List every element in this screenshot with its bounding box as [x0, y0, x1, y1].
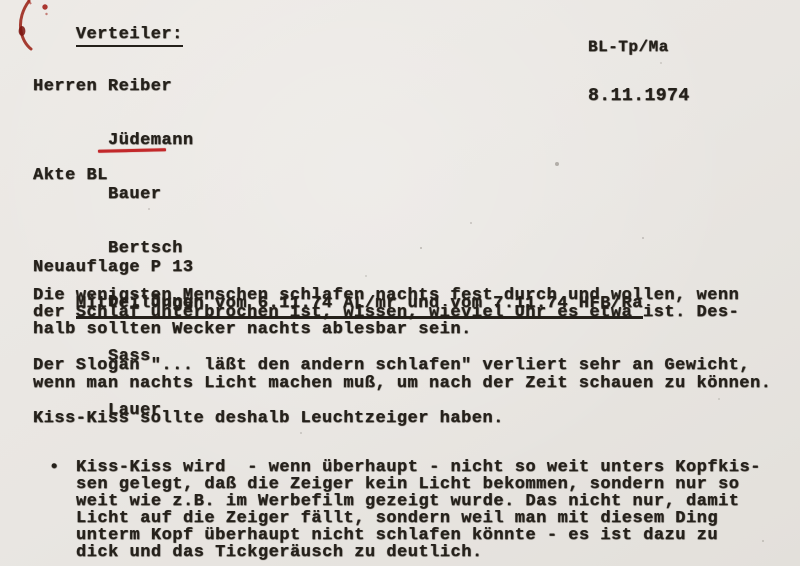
recipient-row: Bauer	[108, 186, 194, 204]
bullet-paragraph: Kiss-Kiss wird - wenn überhaupt - nicht …	[76, 459, 761, 562]
reference-block: BL-Tp/Ma 8.11.1974	[588, 7, 690, 138]
subject-line1: Neuauflage P 13	[33, 259, 643, 277]
file-note: Akte BL	[33, 167, 108, 184]
salutation: Herren	[33, 77, 97, 96]
body-paragraph-2: Der Slogan "... läßt den andern schlafen…	[33, 357, 771, 392]
org-reference: BL-Tp/Ma	[588, 39, 690, 55]
memo-page: Verteiler: BL-Tp/Ma 8.11.1974 Herren Rei…	[0, 0, 800, 566]
recipient-name: Reiber	[108, 77, 172, 96]
recipient-name: Bauer	[108, 185, 162, 204]
recipient-name: Jüdemann	[108, 131, 194, 150]
document-date: 8.11.1974	[588, 87, 690, 106]
body-paragraph-1: Die wenigsten Menschen schlafen nachts f…	[33, 288, 739, 338]
body-paragraph-3: Kiss-Kiss sollte deshalb Leuchtzeiger ha…	[33, 410, 504, 427]
recipient-row: Herren Reiber	[33, 78, 194, 96]
scan-noise-specks	[0, 0, 2, 2]
bullet-icon: •	[49, 459, 60, 476]
recipient-row: Jüdemann	[108, 132, 194, 150]
